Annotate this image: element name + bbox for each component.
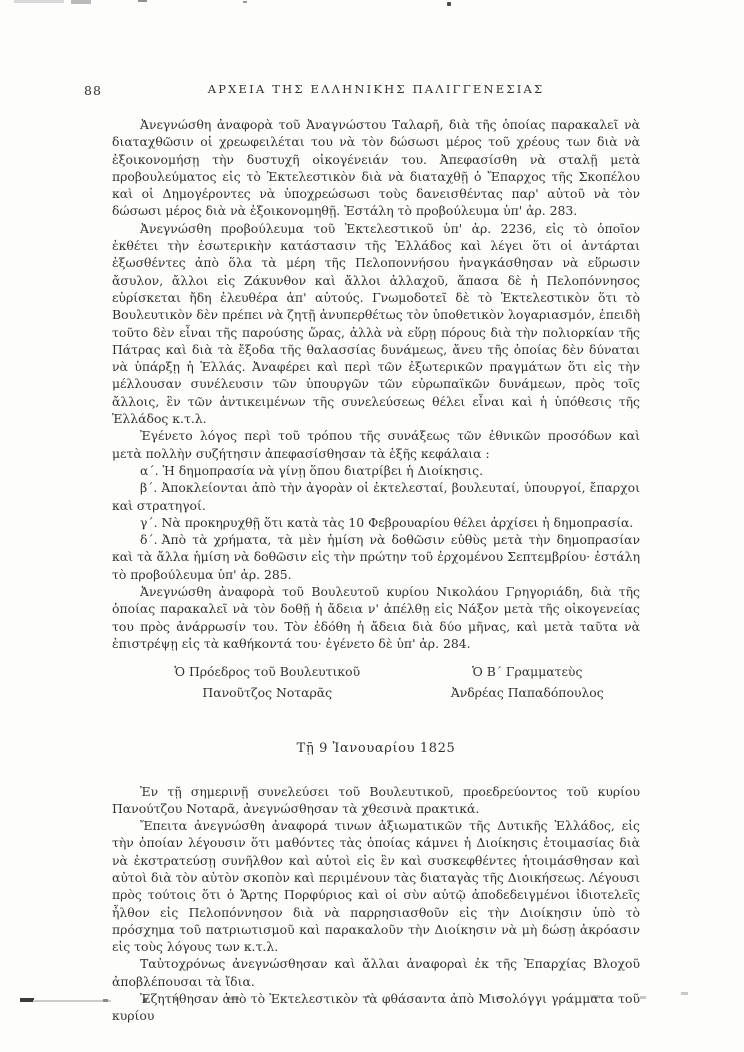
list-marker: δ´.	[140, 532, 158, 547]
list-item-text: Ἡ δημοπρασία νὰ γίνῃ ὅπου διατρίβει ἡ Δι…	[163, 463, 484, 478]
scan-artifact	[103, 999, 108, 1002]
paragraph-national-revenues-intro: Ἐγένετο λόγος περὶ τοῦ τρόπου τῆς συνάξε…	[112, 427, 640, 462]
signature-name: Ἀνδρέας Παπαδόπουλος	[415, 682, 640, 703]
scan-artifact	[640, 996, 646, 999]
running-title: ΑΡΧΕΙΑ ΤΗΣ ΕΛΛΗΝΙΚΗΣ ΠΑΛΙΓΓΕΝΕΣΙΑΣ	[112, 82, 640, 96]
paragraph-talari-report: Ἀνεγνώσθη ἀναφορὰ τοῦ Ἀναγνώστου Ταλαρῆ,…	[112, 116, 640, 220]
page-number: 88	[84, 83, 102, 98]
list-item-alpha: α´.Ἡ δημοπρασία νὰ γίνῃ ὅπου διατρίβει ἡ…	[112, 462, 640, 479]
paragraph-vlochos-reports: Ταὐτοχρόνως ἀνεγνώσθησαν καὶ ἄλλαι ἀναφο…	[112, 955, 640, 990]
paragraph-grigoriadis-leave: Ἀνεγνώσθη ἀναφορὰ τοῦ Βουλευτοῦ κυρίου Ν…	[112, 583, 640, 652]
list-item-text: Ἀποκλείονται ἀπὸ τὴν ἀγορὰν οἱ ἐκτελεστα…	[112, 480, 640, 512]
list-marker: γ´.	[140, 515, 158, 530]
scan-artifact	[138, 0, 147, 2]
signature-block: Ὁ Πρόεδρος τοῦ Βουλευτικοῦ Πανοῦτζος Νοτ…	[112, 661, 640, 703]
scan-artifact	[14, 0, 64, 3]
scan-artifact	[71, 0, 91, 4]
session-date-heading: Τῇ 9 Ἰανουαρίου 1825	[112, 740, 640, 757]
signature-name: Πανοῦτζος Νοταρᾶς	[130, 682, 405, 703]
signature-secretary: Ὁ Β´ Γραμματεὺς Ἀνδρέας Παπαδόπουλος	[415, 661, 640, 703]
list-item-text: Ἀπὸ τὰ χρήματα, τὰ μὲν ἡμίση νὰ δοθῶσιν …	[112, 532, 640, 582]
signature-role: Ὁ Πρόεδρος τοῦ Βουλευτικοῦ	[130, 661, 405, 682]
text-block: Ἀνεγνώσθη ἀναφορὰ τοῦ Ἀναγνώστου Ταλαρῆ,…	[112, 116, 640, 1025]
scan-artifact	[33, 1000, 111, 1002]
list-marker: β´.	[140, 480, 157, 495]
scan-artifact	[20, 998, 34, 1002]
paragraph-executive-probouleuma-2236: Ἀνεγνώσθη προβούλευμα τοῦ Ἐκτελεστικοῦ ὑ…	[112, 220, 640, 428]
signature-role: Ὁ Β´ Γραμματεὺς	[415, 661, 640, 682]
signature-president: Ὁ Πρόεδρος τοῦ Βουλευτικοῦ Πανοῦτζος Νοτ…	[130, 661, 405, 703]
scan-artifact	[243, 1, 247, 3]
page-header: 88 ΑΡΧΕΙΑ ΤΗΣ ΕΛΛΗΝΙΚΗΣ ΠΑΛΙΓΓΕΝΕΣΙΑΣ	[112, 82, 640, 100]
paragraph-missolonghi-letters: Ἐζητήθησαν ἀπὸ τὸ Ἐκτελεστικὸν τὰ φθάσαν…	[112, 990, 640, 1025]
list-item-gamma: γ´.Νὰ προκηρυχθῇ ὅτι κατὰ τὰς 10 Φεβρουα…	[112, 514, 640, 531]
list-item-text: Νὰ προκηρυχθῇ ὅτι κατὰ τὰς 10 Φεβρουαρίο…	[162, 515, 634, 530]
list-item-delta: δ´.Ἀπὸ τὰ χρήματα, τὰ μὲν ἡμίση νὰ δοθῶσ…	[112, 531, 640, 583]
paragraph-western-greece-officers: Ἔπειτα ἀνεγνώσθη ἀναφορά τινων ἀξιωματικ…	[112, 817, 640, 955]
paragraph-session-opening: Ἐν τῇ σημερινῇ συνελεύσει τοῦ Βουλευτικο…	[112, 783, 640, 818]
scan-artifact	[447, 2, 451, 6]
scanned-page: 88 ΑΡΧΕΙΑ ΤΗΣ ΕΛΛΗΝΙΚΗΣ ΠΑΛΙΓΓΕΝΕΣΙΑΣ Ἀν…	[0, 0, 744, 1052]
list-item-beta: β´.Ἀποκλείονται ἀπὸ τὴν ἀγορὰν οἱ ἐκτελε…	[112, 479, 640, 514]
scan-artifact	[681, 992, 688, 995]
list-marker: α´.	[140, 463, 159, 478]
